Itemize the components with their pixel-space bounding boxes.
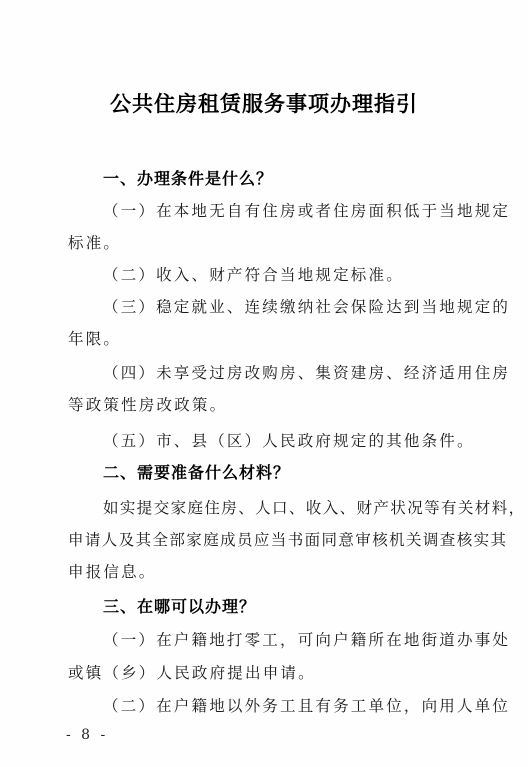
paragraph-line: （一）在本地无自有住房或者住房面积低于当地规定 (103, 199, 510, 221)
paragraph-line: 标准。 (68, 231, 121, 253)
paragraph-line: （二）在户籍地以外务工且有务工单位，向用人单位 (103, 694, 510, 716)
paragraph-line: （一）在户籍地打零工，可向户籍所在地街道办事处 (103, 628, 510, 650)
paragraph-line: 申报信息。 (68, 560, 157, 582)
paragraph-line: 等政策性房改政策。 (68, 393, 227, 415)
section-heading-3: 三、在哪可以办理？ (103, 594, 256, 617)
page-number: - 8 - (66, 727, 108, 743)
paragraph-line: （四）未享受过房改购房、集资建房、经济适用住房 (103, 361, 510, 383)
paragraph-line: （三）稳定就业、连续缴纳社会保险达到当地规定的 (103, 295, 510, 317)
document-title: 公共住房租赁服务事项办理指引 (0, 88, 528, 118)
paragraph-line: 年限。 (68, 327, 121, 349)
section-heading-2: 二、需要准备什么材料？ (103, 460, 290, 483)
paragraph-line: 申请人及其全部家庭成员应当书面同意审核机关调查核实其 (68, 528, 507, 550)
paragraph-line: （五）市、县（区）人民政府规定的其他条件。 (103, 429, 475, 451)
paragraph-line: 如实提交家庭住房、人口、收入、财产状况等有关材料， (103, 496, 526, 518)
paragraph-line: （二）收入、财产符合当地规定标准。 (103, 263, 404, 285)
paragraph-line: 或镇（乡）人民政府提出申请。 (68, 661, 316, 683)
document-page: 公共住房租赁服务事项办理指引 一、办理条件是什么？ （一）在本地无自有住房或者住… (0, 0, 528, 767)
section-heading-1: 一、办理条件是什么？ (103, 166, 273, 189)
